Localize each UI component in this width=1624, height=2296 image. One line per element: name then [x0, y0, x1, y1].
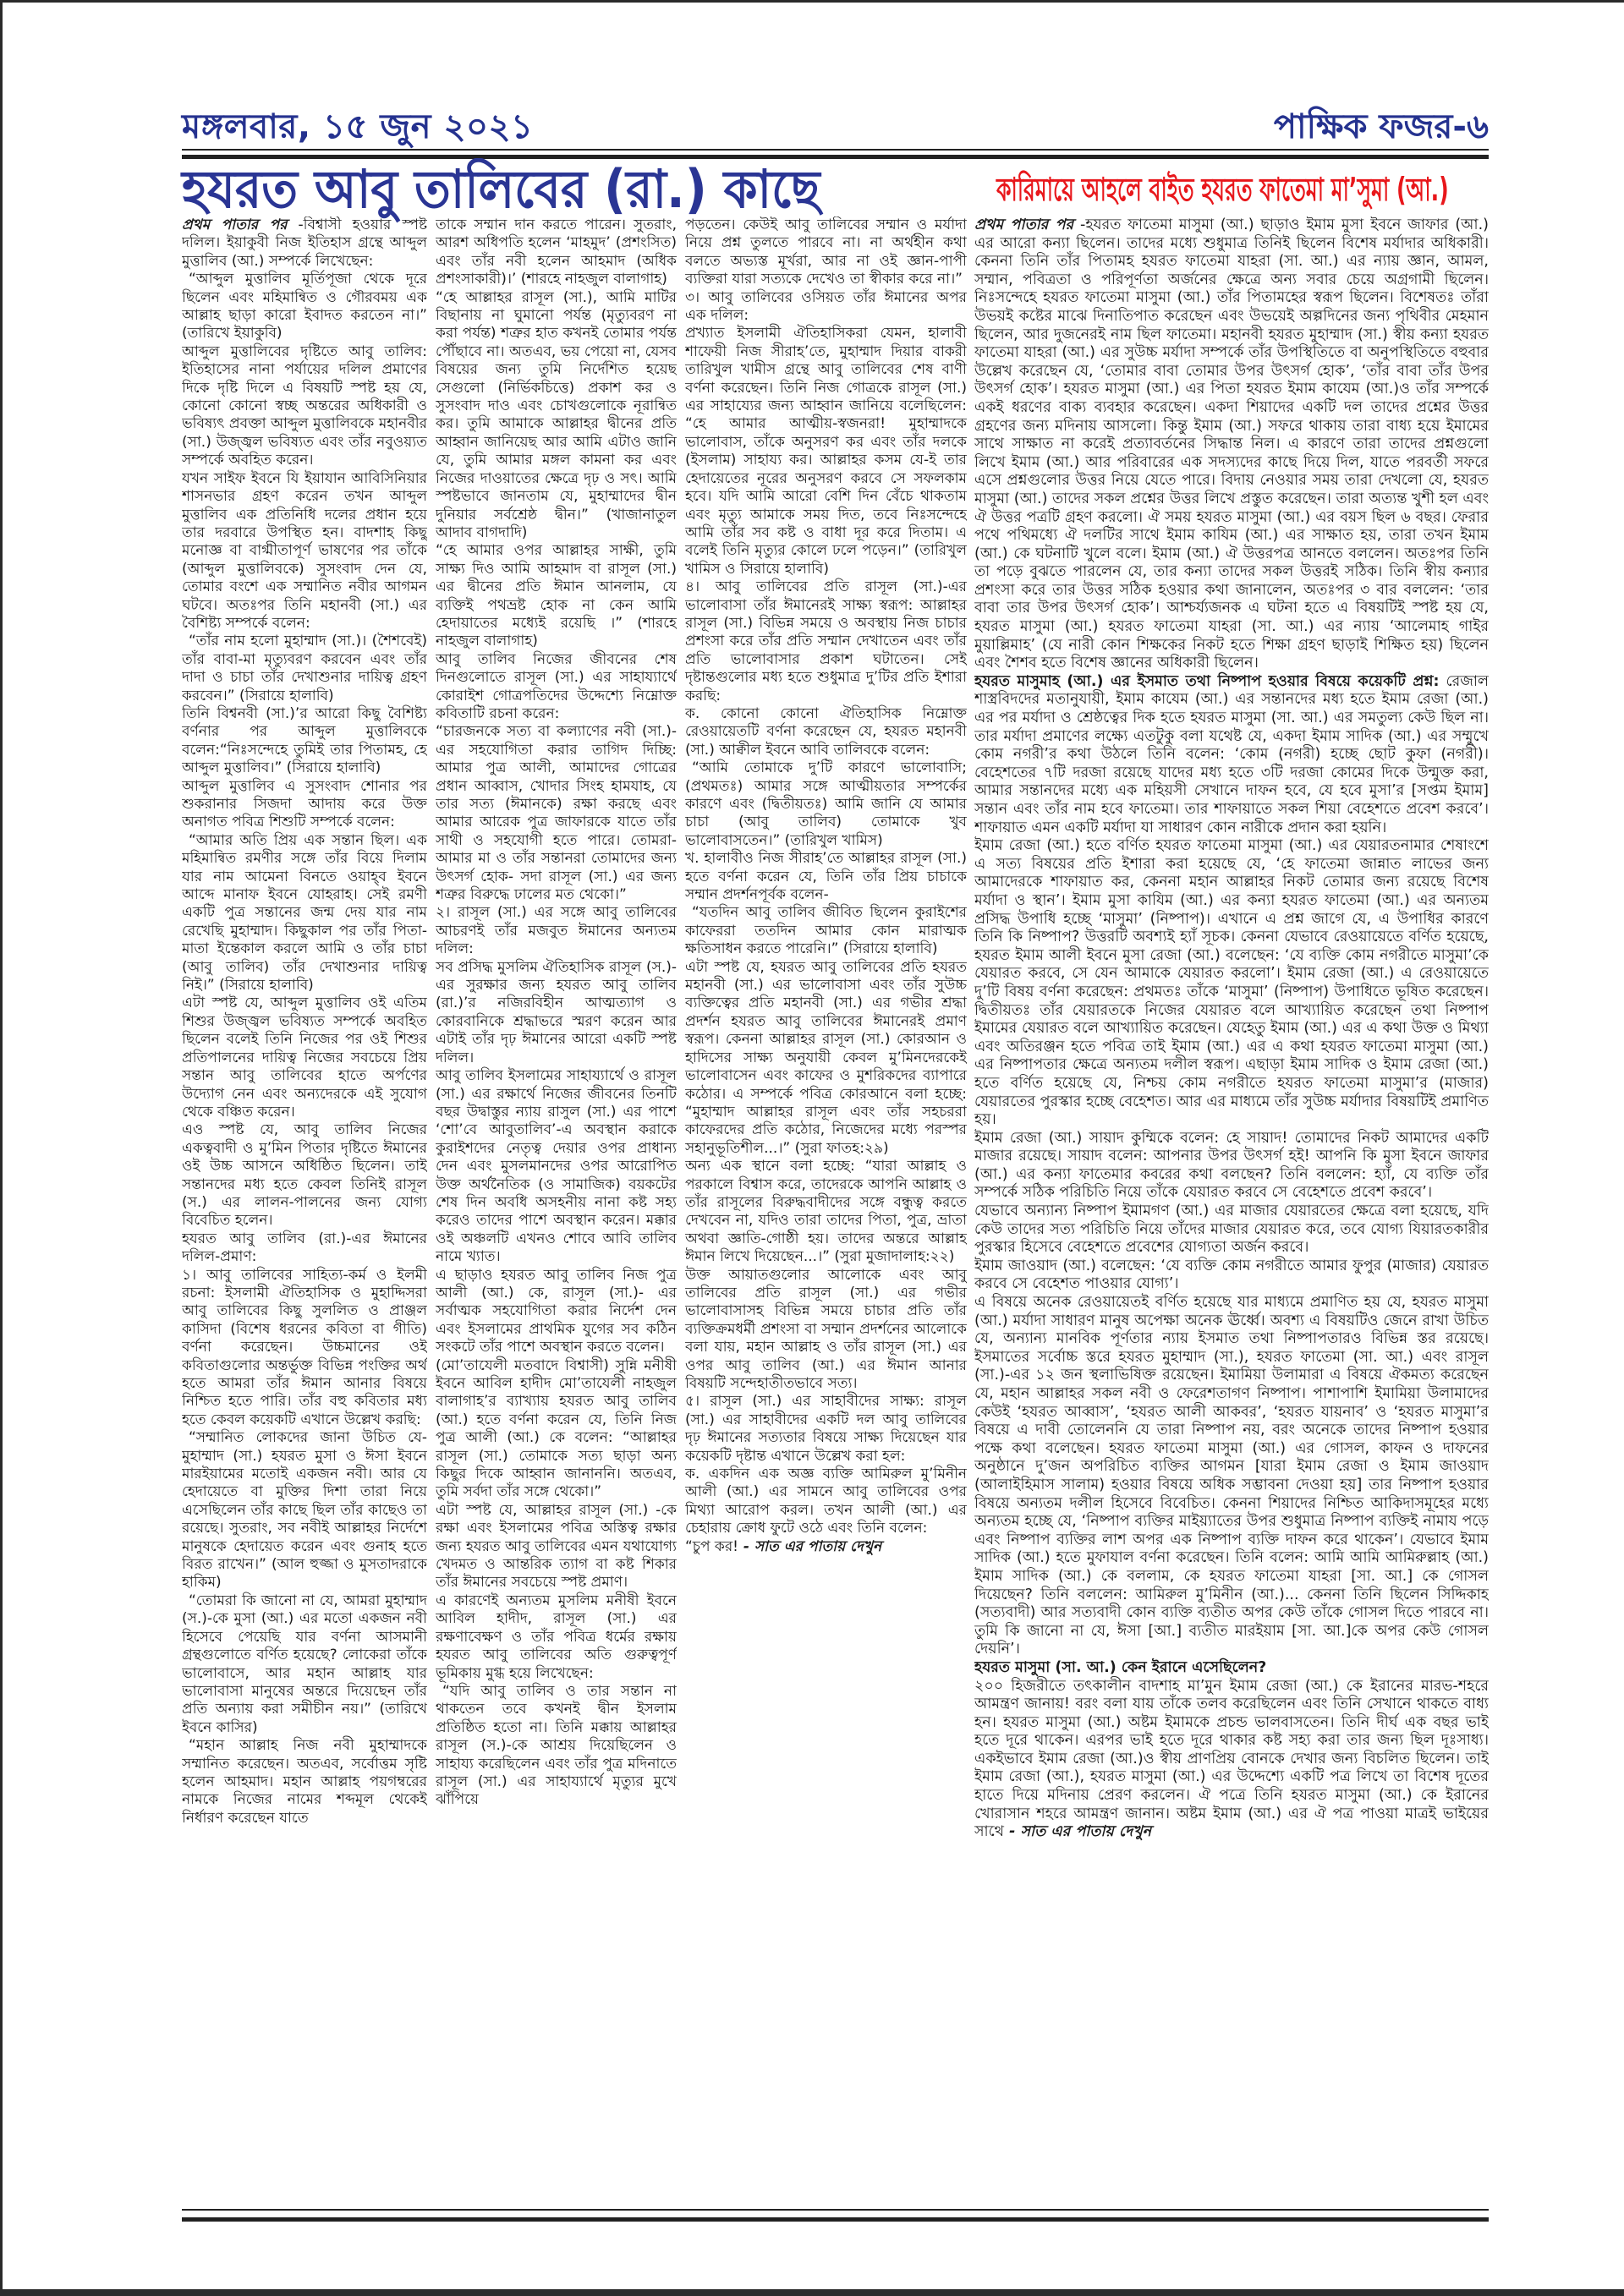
article-paragraph: ইমাম জাওয়াদ (আ.) বলেছেন: ‘যে ব্যক্তি কো… — [974, 1258, 1489, 1294]
article-paragraph: “চুপ কর! - সাত এর পাতায় দেখুন — [685, 1538, 967, 1556]
article-paragraph: সব প্রসিদ্ধ মুসলিম ঐতিহাসিক রাসূল (স.)-এ… — [436, 959, 677, 1067]
article-paragraph: ৫। রাসূল (সা.) এর সাহাবীদের সাক্ষ্য: রাস… — [685, 1393, 967, 1466]
paragraph-text: ২০০ হিজরীতে তৎকালীন বাদশাহ মা’মুন ইমাম র… — [974, 1678, 1489, 1841]
article-paragraph: এটা স্পষ্ট যে, আব্দুল মুত্তালিব ওই এতিম … — [182, 995, 427, 1121]
paragraph-text: যখন সাইফ ইবনে যি ইয়াযান আবিসিনিয়ার শাস… — [182, 470, 427, 632]
article-paragraph: “যদি আবু তালিব ও তার সন্তান না থাকতেন তব… — [436, 1683, 677, 1810]
paragraph-text: এটা স্পষ্ট যে, আব্দুল মুত্তালিব ওই এতিম … — [182, 995, 427, 1120]
article-paragraph: এ ছাড়াও হযরত আবু তালিব নিজ পুত্র আলী (আ… — [436, 1267, 677, 1357]
article-paragraph: তিনি বিশ্বনবী (সা.)’র আরো কিছু বৈশিষ্ট্য… — [182, 705, 427, 778]
article-paragraph: ক. কোনো কোনো ঐতিহাসিক নিম্নোক্ত রেওয়ায়… — [685, 705, 967, 759]
article-paragraph: “তোমরা কি জানো না যে, আমরা মুহাম্মাদ (স.… — [182, 1592, 427, 1737]
article-paragraph: এ কারণেই অন্যতম মুসলিম মনীষী ইবনে আবিল হ… — [436, 1592, 677, 1683]
paragraph-text: “চারজনকে সত্য বা কল্যাণের নবী (সা.)-এর স… — [436, 723, 677, 903]
article-paragraph: ২০০ হিজরীতে তৎকালীন বাদশাহ মা’মুন ইমাম র… — [974, 1678, 1489, 1842]
article-paragraph: তাকে সম্মান দান করতে পারেন। সুতরাং, আরশ … — [436, 216, 677, 289]
article-paragraph: ক. একদিন এক অজ্ঞ ব্যক্তি আমিরুল মু’মিনীন… — [685, 1466, 967, 1538]
continued-from-label: প্রথম পাতার পর — [974, 216, 1073, 233]
footer-rule-thin — [182, 2209, 1489, 2211]
paragraph-text: “হে আমার ওপর আল্লাহর সাক্ষী, তুমি সাক্ষ্… — [436, 542, 677, 649]
article-paragraph: প্রখ্যাত ইসলামী ঐতিহাসিকরা যেমন, হালাবী … — [685, 325, 967, 578]
masthead-date: মঙ্গলবার, ১৫ জুন ২০২১ — [182, 100, 533, 156]
article-paragraph: অন্য এক স্থানে বলা হচ্ছে: “যারা আল্লাহ ও… — [685, 1158, 967, 1266]
paragraph-text: “যতদিন আবু তালিব জীবিত ছিলেন কুরাইশের কা… — [685, 904, 967, 957]
paragraph-text: ৪। আবু তালিবের প্রতি রাসূল (সা.)-এর ভালো… — [685, 578, 967, 704]
paragraph-text: “মহান আল্লাহ নিজ নবী মুহাম্মাদকে সম্মানি… — [182, 1737, 427, 1827]
paragraph-text: ২। রাসূল (সা.) এর সঙ্গে আবু তালিবের আচরণ… — [436, 904, 677, 957]
article-paragraph: “আমার অতি প্রিয় এক সন্তান ছিল। এক মহিমা… — [182, 832, 427, 995]
article-paragraph: আব্দুল মুত্তালিবের দৃষ্টিতে আবু তালিব: ই… — [182, 343, 427, 470]
continued-on-page-link[interactable]: - সাত এর পাতায় দেখুন — [1004, 1823, 1151, 1840]
article-paragraph: ২। রাসূল (সা.) এর সঙ্গে আবু তালিবের আচরণ… — [436, 904, 677, 958]
article-paragraph: ১। আবু তালিবের সাহিত্য-কর্ম ও ইলমী রচনা:… — [182, 1267, 427, 1430]
paragraph-text: “আব্দুল মুত্তালিব মূর্তিপূজা থেকে দূরে ছ… — [182, 271, 427, 342]
paragraph-text: “যদি আবু তালিব ও তার সন্তান না থাকতেন তব… — [436, 1683, 677, 1808]
article-paragraph: “আমি তোমাকে দু’টি কারণে ভালোবাসি; (প্রথম… — [685, 759, 967, 850]
paragraph-text: তিনি বিশ্বনবী (সা.)’র আরো কিছু বৈশিষ্ট্য… — [182, 705, 427, 776]
paragraph-text: ইমাম রেজা (আ.) হতে বর্ণিত হযরত ফাতেমা মা… — [974, 837, 1489, 1128]
paragraph-text: খ. হালাবীও নিজ সীরাহ’তে আল্লাহর রাসূল (স… — [685, 850, 967, 903]
paragraph-text: ১। আবু তালিবের সাহিত্য-কর্ম ও ইলমী রচনা:… — [182, 1267, 427, 1428]
continued-from-label: প্রথম পাতার পর — [182, 216, 288, 233]
paragraph-text: “হে আল্লাহর রাসূল (সা.), আমি মাটির বিছান… — [436, 289, 677, 541]
article-paragraph: আবু তালিব ইসলামের সাহায্যার্থে ও রাসূল (… — [436, 1067, 677, 1266]
article-paragraph: “আব্দুল মুত্তালিব মূর্তিপূজা থেকে দূরে ছ… — [182, 271, 427, 343]
paragraph-text: ইমাম রেজা (আ.) সায়াদ কুম্মিকে বলেন: হে … — [974, 1130, 1489, 1202]
paragraph-text: ৫। রাসূল (সা.) এর সাহাবীদের সাক্ষ্য: রাস… — [685, 1393, 967, 1464]
paragraph-text: আবু তালিব ইসলামের সাহায্যার্থে ও রাসূল (… — [436, 1067, 677, 1265]
article-paragraph: হযরত মাসুমাহ (আ.) এর ইসমাত তথা নিষ্পাপ হ… — [974, 673, 1489, 837]
article-paragraph: (মো’তাযেলী মতবাদে বিশ্বাসী) সুন্নি মনীষী… — [436, 1357, 677, 1502]
article-paragraph: খ. হালাবীও নিজ সীরাহ’তে আল্লাহর রাসূল (স… — [685, 850, 967, 904]
masthead-rule-thin — [182, 149, 1489, 151]
main-article-column-2: তাকে সম্মান দান করতে পারেন। সুতরাং, আরশ … — [436, 216, 677, 2200]
section-heading: হযরত মাসুমা (সা. আ.) কেন ইরানে এসেছিলেন? — [974, 1659, 1266, 1676]
article-paragraph: ইমাম রেজা (আ.) সায়াদ কুম্মিকে বলেন: হে … — [974, 1130, 1489, 1203]
article-paragraph: “যতদিন আবু তালিব জীবিত ছিলেন কুরাইশের কা… — [685, 904, 967, 958]
main-article-column-1: প্রথম পাতার পর -বিশ্বাসী হওয়ার স্পষ্ট দ… — [182, 216, 427, 2200]
paragraph-text: আব্দুল মুত্তালিবের দৃষ্টিতে আবু তালিব: ই… — [182, 343, 427, 469]
article-paragraph: প্রথম পাতার পর -বিশ্বাসী হওয়ার স্পষ্ট দ… — [182, 216, 427, 271]
footer-rule-thick — [182, 2217, 1489, 2222]
article-paragraph: “তাঁর নাম হলো মুহাম্মাদ (সা.)। (শৈশবেই) … — [182, 633, 427, 705]
article-paragraph: এ বিষয়ে অনেক রেওয়ায়েতই বর্ণিত হয়েছে … — [974, 1294, 1489, 1659]
paragraph-text: এও স্পষ্ট যে, আবু তালিব নিজের একত্ববাদী … — [182, 1121, 427, 1229]
article-paragraph: প্রথম পাতার পর -হযরত ফাতেমা মাসুমা (আ.) … — [974, 216, 1489, 673]
paragraph-text: ৩। আবু তালিবের ওসিয়ত তাঁর ঈমানের অপর এক… — [685, 289, 967, 324]
article-paragraph: আবু তালিব নিজের জীবনের শেষ দিনগুলোতে রাস… — [436, 651, 677, 724]
paragraph-text: ক. কোনো কোনো ঐতিহাসিক নিম্নোক্ত রেওয়ায়… — [685, 705, 967, 759]
article-paragraph: “চারজনকে সত্য বা কল্যাণের নবী (সা.)-এর স… — [436, 723, 677, 904]
paragraph-text: আবু তালিব নিজের জীবনের শেষ দিনগুলোতে রাস… — [436, 651, 677, 722]
paragraph-text: ইমাম জাওয়াদ (আ.) বলেছেন: ‘যে ব্যক্তি কো… — [974, 1258, 1489, 1293]
side-article-column: প্রথম পাতার পর -হযরত ফাতেমা মাসুমা (আ.) … — [974, 216, 1489, 2200]
main-article-headline: হযরত আবু তালিবের (রা.) কাছে — [182, 159, 906, 220]
article-paragraph: ৪। আবু তালিবের প্রতি রাসূল (সা.)-এর ভালো… — [685, 578, 967, 705]
paragraph-text: এটা স্পষ্ট যে, হযরত আবু তালিবের প্রতি হয… — [685, 959, 967, 1157]
article-paragraph: এটা স্পষ্ট যে, হযরত আবু তালিবের প্রতি হয… — [685, 959, 967, 1158]
paragraph-text: উক্ত আয়াতগুলোর আলোকে এবং আবু তালিবের প্… — [685, 1267, 967, 1392]
paragraph-text: আব্দুল মুত্তালিব এ সুসংবাদ শোনার পর শুকর… — [182, 778, 427, 831]
article-paragraph: এটা স্পষ্ট যে, আল্লাহর রাসূল (সা.) -কে র… — [436, 1502, 677, 1592]
paragraph-text: এ কারণেই অন্যতম মুসলিম মনীষী ইবনে আবিল হ… — [436, 1592, 677, 1682]
article-paragraph: ইমাম রেজা (আ.) হতে বর্ণিত হযরত ফাতেমা মা… — [974, 837, 1489, 1130]
paragraph-text: তাকে সম্মান দান করতে পারেন। সুতরাং, আরশ … — [436, 216, 677, 288]
article-paragraph: হযরত আবু তালিব (রা.)-এর ঈমানের দলিল-প্রম… — [182, 1230, 427, 1267]
paragraph-text: “আমার অতি প্রিয় এক সন্তান ছিল। এক মহিমা… — [182, 832, 427, 994]
paragraph-text: “সম্মানিত লোকদের জানা উচিত যে- মুহাম্মাদ… — [182, 1429, 427, 1591]
article-paragraph: উক্ত আয়াতগুলোর আলোকে এবং আবু তালিবের প্… — [685, 1267, 967, 1394]
article-paragraph: যখন সাইফ ইবনে যি ইয়াযান আবিসিনিয়ার শাস… — [182, 470, 427, 633]
paragraph-text: এটা স্পষ্ট যে, আল্লাহর রাসূল (সা.) -কে র… — [436, 1502, 677, 1592]
paragraph-text: অন্য এক স্থানে বলা হচ্ছে: “যারা আল্লাহ ও… — [685, 1158, 967, 1265]
paragraph-text: “চুপ কর! — [685, 1538, 738, 1555]
paragraph-text: যেভাবে অন্যান্য নিষ্পাপ ইমামগণ (আ.) এর ম… — [974, 1203, 1489, 1256]
paragraph-text: “তোমরা কি জানো না যে, আমরা মুহাম্মাদ (স.… — [182, 1592, 427, 1736]
article-paragraph: আব্দুল মুত্তালিব এ সুসংবাদ শোনার পর শুকর… — [182, 778, 427, 832]
paragraph-text: “তাঁর নাম হলো মুহাম্মাদ (সা.)। (শৈশবেই) … — [182, 633, 427, 704]
paragraph-text: এ বিষয়ে অনেক রেওয়ায়েতই বর্ণিত হয়েছে … — [974, 1294, 1489, 1658]
paragraph-text: ক. একদিন এক অজ্ঞ ব্যক্তি আমিরুল মু’মিনীন… — [685, 1466, 967, 1537]
article-paragraph: ৩। আবু তালিবের ওসিয়ত তাঁর ঈমানের অপর এক… — [685, 289, 967, 326]
section-heading: হযরত মাসুমা (সা. আ.) কেন ইরানে এসেছিলেন? — [974, 1659, 1489, 1678]
paragraph-text: সব প্রসিদ্ধ মুসলিম ঐতিহাসিক রাসূল (স.)-এ… — [436, 959, 677, 1066]
paragraph-text: এ ছাড়াও হযরত আবু তালিব নিজ পুত্র আলী (আ… — [436, 1267, 677, 1356]
article-paragraph: “হে আমার ওপর আল্লাহর সাক্ষী, তুমি সাক্ষ্… — [436, 542, 677, 650]
article-paragraph: পড়তেন। কেউই আবু তালিবের সম্মান ও মর্যাদ… — [685, 216, 967, 289]
article-paragraph: “সম্মানিত লোকদের জানা উচিত যে- মুহাম্মাদ… — [182, 1429, 427, 1592]
section-heading: হযরত মাসুমাহ (আ.) এর ইসমাত তথা নিষ্পাপ হ… — [974, 673, 1440, 690]
article-paragraph: “মহান আল্লাহ নিজ নবী মুহাম্মাদকে সম্মানি… — [182, 1737, 427, 1827]
paragraph-text: “আমি তোমাকে দু’টি কারণে ভালোবাসি; (প্রথম… — [685, 759, 967, 849]
masthead-paper-page: পাক্ষিক ফজর-৬ — [1274, 100, 1489, 156]
paragraph-text: রেজাল শাস্ত্রবিদদের মতানুযায়ী, ইমাম কায… — [974, 673, 1489, 836]
main-article-column-3: পড়তেন। কেউই আবু তালিবের সম্মান ও মর্যাদ… — [685, 216, 967, 2200]
continued-on-page-link[interactable]: - সাত এর পাতায় দেখুন — [738, 1538, 881, 1555]
paragraph-text: -হযরত ফাতেমা মাসুমা (আ.) ছাড়াও ইমাম মুস… — [974, 216, 1489, 671]
paragraph-text: হযরত আবু তালিব (রা.)-এর ঈমানের দলিল-প্রম… — [182, 1230, 427, 1265]
article-paragraph: “হে আল্লাহর রাসূল (সা.), আমি মাটির বিছান… — [436, 289, 677, 543]
article-paragraph: যেভাবে অন্যান্য নিষ্পাপ ইমামগণ (আ.) এর ম… — [974, 1203, 1489, 1258]
article-paragraph: এও স্পষ্ট যে, আবু তালিব নিজের একত্ববাদী … — [182, 1121, 427, 1230]
paragraph-text: প্রখ্যাত ইসলামী ঐতিহাসিকরা যেমন, হালাবী … — [685, 325, 967, 577]
side-article-headline: কারিমায়ে আহলে বাইত হযরত ফাতেমা মা’সুমা … — [996, 167, 1325, 211]
paragraph-text: (মো’তাযেলী মতবাদে বিশ্বাসী) সুন্নি মনীষী… — [436, 1357, 677, 1501]
paragraph-text: পড়তেন। কেউই আবু তালিবের সম্মান ও মর্যাদ… — [685, 216, 967, 288]
